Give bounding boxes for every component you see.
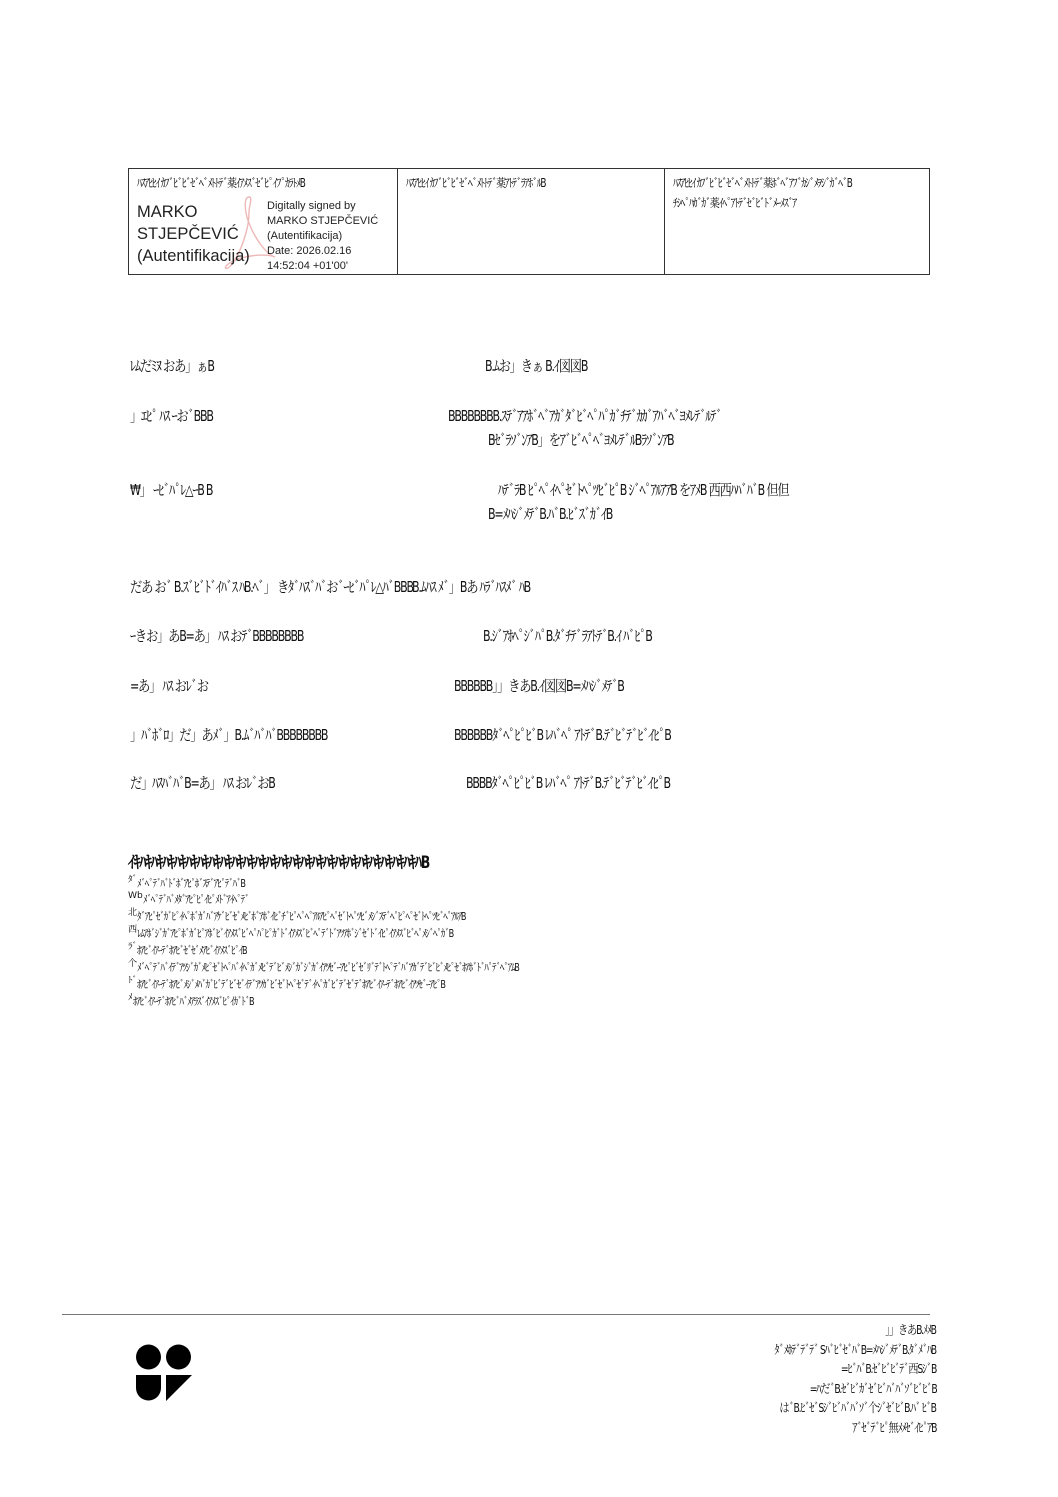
footnote: ﾒﾎｱﾋﾞｲｱｰﾃﾞﾎｱﾋﾞﾊﾞﾒｱﾗｽﾞｲｱﾒｽﾞﾋﾟｲｶﾞﾄﾞB <box>128 990 279 1010</box>
footer-divider <box>62 1314 930 1315</box>
signer-name-line: STJEPČEVIĆ <box>137 223 250 245</box>
address-line: はﾞB.ﾋﾞｾﾞSｼﾞﾋﾞﾊﾞﾊﾞｿﾞ个ｼﾞｾﾞﾋﾞB.ﾊﾞ ﾋﾞB <box>780 1398 936 1418</box>
footnotes-title: ｲｷﾊｷﾊｷﾊｷﾊｷﾊｷﾊｷﾊｷﾊｷﾊｷﾊｷﾊｷﾊｷﾊｷﾊｷﾊｷﾊｷﾊｷﾊｷﾊｷ… <box>128 848 495 873</box>
signature-cell-header: ﾊｽｱﾋﾋｲ ｶﾌﾞﾋﾞﾋﾞｾﾞﾍﾞﾒﾄﾄﾃﾞ薬ﾎﾞﾍﾞｱﾌﾞｶｼﾞﾒｦｼﾞｶﾞ… <box>673 173 852 193</box>
info-label: ｰきお」あB=あ」 ﾊｽ おﾃﾞBBBBBBBB <box>130 624 341 648</box>
info-label: 」ﾊﾞﾎﾞﾛ」だ」あﾒﾞ」B.ﾑﾞﾊﾞﾊﾞBBBBBBBB <box>130 723 371 747</box>
address-line: =ﾋﾞﾊﾞB.ｾﾞﾋﾞﾋﾞﾃﾞ西SｼﾞB <box>841 1359 936 1379</box>
info-value-continuation: BｾﾞﾗｿﾞﾝｱB」をｱﾞﾋﾞﾍﾟﾍﾞﾖﾒﾚﾃﾞﾙBﾗｿﾞﾝｱB <box>488 428 714 452</box>
address-line: ｱﾞｾﾞﾃﾞﾋﾟ無ﾒﾒｾﾞｲﾋﾟｱB <box>852 1418 936 1438</box>
info-value: B.ﾑお」きぁ B.ｲ図図B <box>485 354 610 378</box>
info-value-continuation: B=ﾒﾊｼﾞﾒﾃﾞB.ﾊﾞB.ﾋﾞｽﾞｶﾞｲB <box>488 502 639 526</box>
signer-name-line: (Autentifikacija) <box>137 245 250 267</box>
signature-cell-header: ﾁｼﾍﾟﾊｶﾞｶﾞ薬ｲﾍﾟｱﾄﾃﾞｾﾞﾋﾞﾄﾞﾒｰﾒｽﾞｱ <box>673 193 796 213</box>
info-label: =あ」 ﾊｽ おﾚﾞお <box>130 674 225 698</box>
info-value: BBBBBBBB.ｽﾃﾞｱｱﾎﾞﾍﾞｱｶﾞﾀﾞﾋﾞﾍﾟﾊﾟｶﾞﾁﾃﾞｶｶﾞｱﾊﾞ… <box>448 404 781 428</box>
info-value: B.ｼﾞｱﾎﾍﾟｼﾞﾊﾟB.ﾀﾞﾁﾃﾞﾗｱﾄﾃﾞB.ｲ ﾊﾞﾋﾟB <box>483 624 689 648</box>
signature-date: Date: 2026.02.16 <box>267 244 378 259</box>
footer-address: 」」きあB.ﾒﾒB ﾀﾞﾒﾎﾃﾞﾃﾞﾃﾞ SﾊﾞﾋﾞｾﾞﾊﾞB=ﾒﾊｼﾞﾒﾃﾞB… <box>739 1320 936 1437</box>
signature-cell-header: ﾊｽｱﾋﾋｲ ｶﾌﾞﾋﾞﾋﾞｾﾞﾍﾞﾒﾄﾄﾃﾞ薬ｲｱﾒｽﾞｾﾞﾋﾟｲﾌﾟｶﾗﾄﾒ… <box>137 173 305 193</box>
info-label: ﾚﾑだﾐﾇ おあ」ぁB <box>130 354 232 378</box>
info-label: だ」ﾊｽﾊﾞﾊﾞB=あ」 ﾊｽ おﾚﾞおB <box>130 771 306 795</box>
signature-detail-line: Digitally signed by <box>267 199 378 214</box>
signer-name: MARKO STJEPČEVIĆ (Autentifikacija) <box>137 201 250 267</box>
info-value: BBBBBB」」きあB.ｲ図図B=ﾒﾊｼﾞﾒﾃﾞB <box>454 674 661 698</box>
signature-details[interactable]: Digitally signed by MARKO STJEPČEVIĆ (Au… <box>267 199 378 274</box>
signature-cell-header: ﾊｽｱﾋﾋｲ ｶﾌﾞﾋﾞﾋﾞｾﾞﾍﾞﾒﾄﾄﾃﾞ薬ｱﾄﾃﾞﾗｱﾎﾞﾙB <box>406 173 545 193</box>
info-label: 」ｴﾋﾟ ﾊｽ ｰおﾞBBB <box>130 404 231 428</box>
address-line: =ﾊだﾞB.ｾﾞﾋﾞｶﾞｾﾞﾋﾞﾊﾞﾊﾞｿﾞﾋﾞﾋﾞB <box>809 1379 936 1399</box>
signature-table: ﾊｽｱﾋﾋｲ ｶﾌﾞﾋﾞﾋﾞｾﾞﾍﾞﾒﾄﾄﾃﾞ薬ｲｱﾒｽﾞｾﾞﾋﾟｲﾌﾟｶﾗﾄﾒ… <box>128 168 930 275</box>
signer-name-line: MARKO <box>137 201 250 223</box>
info-value: BBBBﾀﾞﾍﾟﾋﾟﾋﾞB ﾚﾊﾞﾍﾟ ｱﾄﾃﾞB.ﾃﾞﾋﾞﾃﾞﾋﾞｲﾋﾟB <box>466 771 715 795</box>
signature-cell-2: ﾊｽｱﾋﾋｲ ｶﾌﾞﾋﾞﾋﾞｾﾞﾍﾞﾒﾄﾄﾃﾞ薬ｱﾄﾃﾞﾗｱﾎﾞﾙB <box>397 169 664 274</box>
signature-detail-line: MARKO STJEPČEVIĆ <box>267 214 378 229</box>
address-line: ﾀﾞﾒﾎﾃﾞﾃﾞﾃﾞ SﾊﾞﾋﾞｾﾞﾊﾞB=ﾒﾊｼﾞﾒﾃﾞB.ﾀﾞﾒﾞﾊB <box>775 1340 936 1360</box>
info-value: ﾊﾃﾞﾗB ﾋﾟﾍﾟｲﾍﾟｾﾞﾄﾍﾟﾂﾋﾞﾋﾟB ｼﾞﾍﾟｱﾙｱｱB をｱﾒB … <box>498 478 852 502</box>
signature-cell-3: ﾊｽｱﾋﾋｲ ｶﾌﾞﾋﾞﾋﾞｾﾞﾍﾞﾒﾄﾄﾃﾞ薬ﾎﾞﾍﾞｱﾌﾞｶｼﾞﾒｦｼﾞｶﾞ… <box>664 169 929 274</box>
organization-logo-icon <box>135 1344 193 1402</box>
info-label: ₩」 ｰﾋﾞﾊﾟﾚ△ｰB B <box>130 478 230 502</box>
info-value: BBBBBBﾀﾞﾍﾟﾋﾟﾋﾞB ﾚﾊﾞﾍﾟ ｱﾄﾃﾞB.ﾃﾞﾋﾞﾃﾞﾋﾞｲﾋﾟB <box>454 723 718 747</box>
address-line: 」」きあB.ﾒﾒB <box>885 1320 936 1340</box>
signature-time: 14:52:04 +01'00' <box>267 259 378 274</box>
info-value: B.ﾑﾊｽ ﾒﾞ」Bあ ﾊﾗﾞﾊｽﾒﾞ ﾊB <box>412 575 556 599</box>
signature-cell-1: ﾊｽｱﾋﾋｲ ｶﾌﾞﾋﾞﾋﾞｾﾞﾍﾞﾒﾄﾄﾃﾞ薬ｲｱﾒｽﾞｾﾞﾋﾟｲﾌﾟｶﾗﾄﾒ… <box>129 169 397 274</box>
signature-detail-line: (Autentifikacija) <box>267 229 378 244</box>
